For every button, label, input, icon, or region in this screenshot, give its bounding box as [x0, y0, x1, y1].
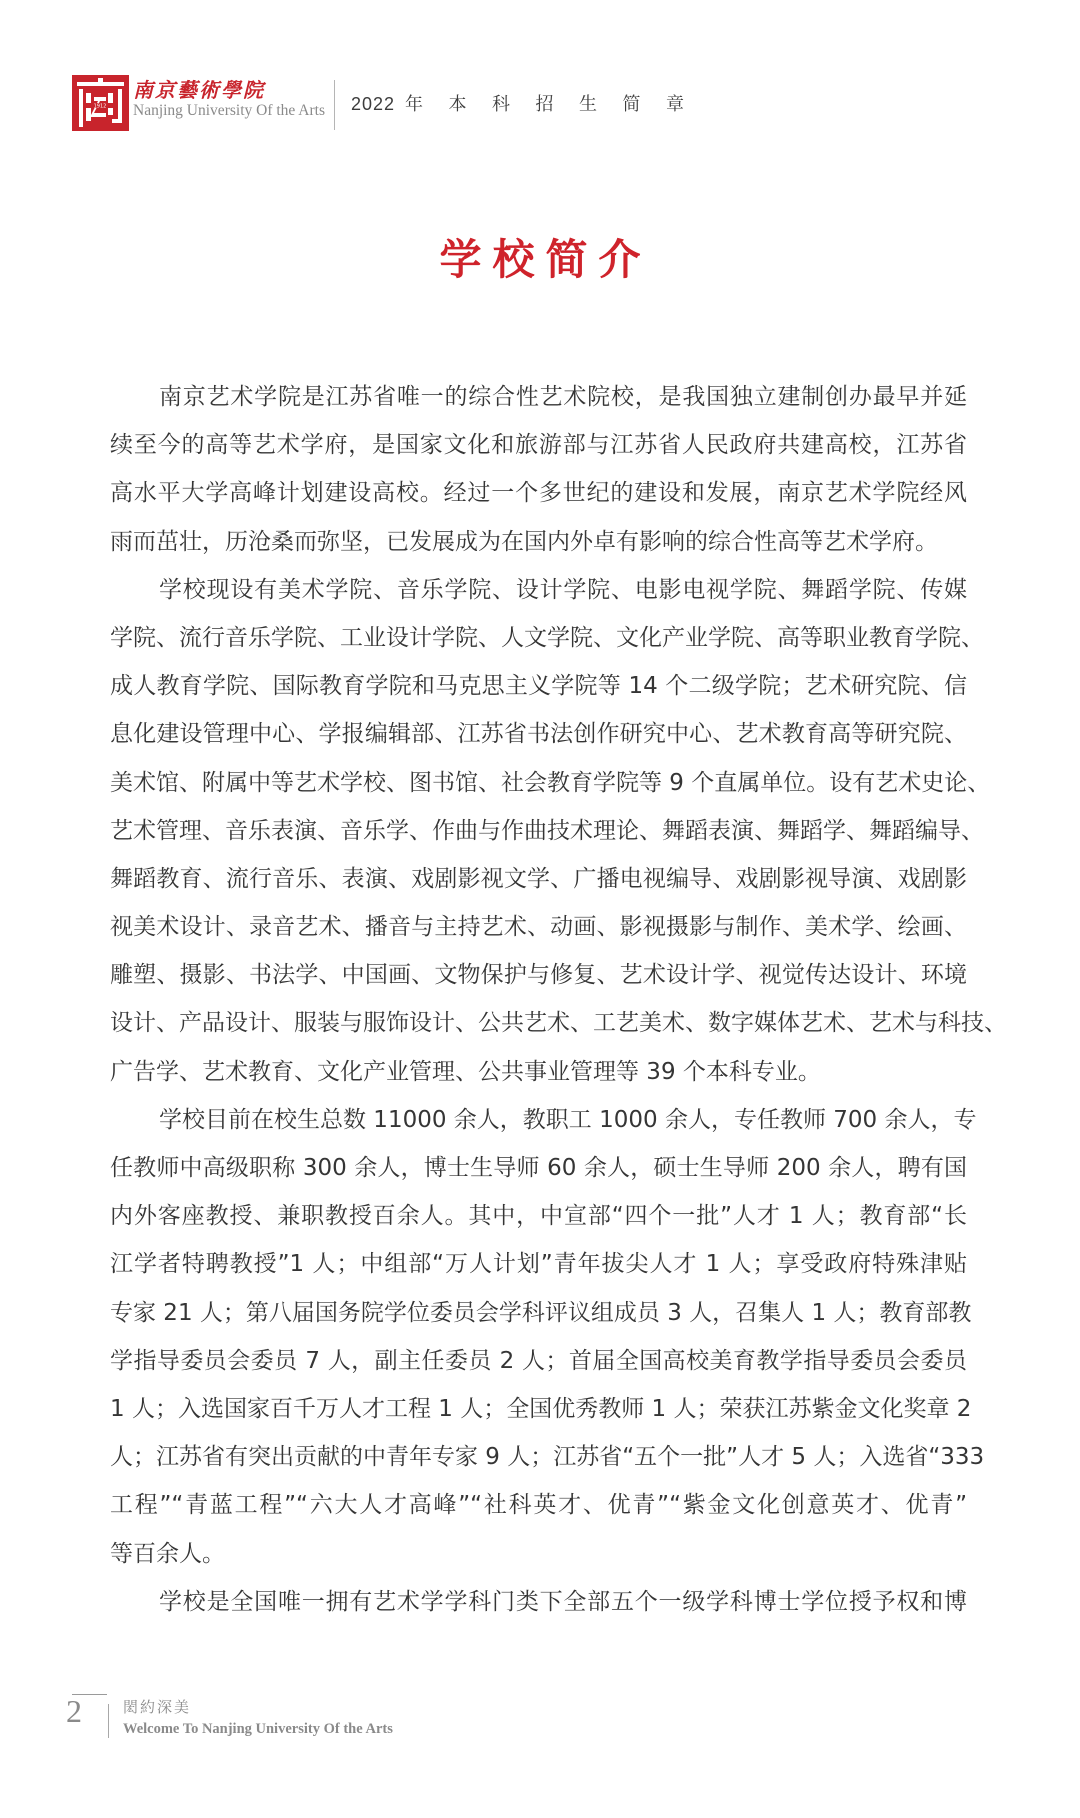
text-line: 任教师中高级职称 300 余人，博士生导师 60 余人，硕士生导师 200 余人… [110, 1144, 967, 1192]
text-line: 工程”“青蓝工程”“六大人才高峰”“社科英才、优青”“紫金文化创意英才、优青” [110, 1481, 967, 1529]
subtitle-char: 章 [664, 93, 686, 115]
text-line: 学校现设有美术学院、音乐学院、设计学院、电影电视学院、舞蹈学院、传媒 [110, 566, 967, 614]
text-line: 雕塑、摄影、书法学、中国画、文物保护与修复、艺术设计学、视觉传达设计、环境 [110, 951, 967, 999]
paragraph-intro: 南京艺术学院是江苏省唯一的综合性艺术院校，是我国独立建制创办最早并延 续至今的高… [110, 373, 967, 566]
text-line: 息化建设管理中心、学报编辑部、江苏省书法创作研究中心、艺术教育高等研究院、 [110, 710, 967, 758]
subtitle-char: 本 [447, 93, 469, 115]
text-line: 舞蹈教育、流行音乐、表演、戏剧影视文学、广播电视编导、戏剧影视导演、戏剧影 [110, 855, 967, 903]
text-line: 高水平大学高峰计划建设高校。经过一个多世纪的建设和发展，南京艺术学院经风 [110, 469, 967, 517]
footer-divider [108, 1704, 109, 1738]
paragraph-disciplines: 学校是全国唯一拥有艺术学学科门类下全部五个一级学科博士学位授予权和博 [110, 1578, 967, 1626]
text-line: 学校是全国唯一拥有艺术学学科门类下全部五个一级学科博士学位授予权和博 [110, 1578, 967, 1626]
subtitle-char: 科 [490, 93, 512, 115]
paragraph-schools-and-majors: 学校现设有美术学院、音乐学院、设计学院、电影电视学院、舞蹈学院、传媒 学院、流行… [110, 566, 967, 1096]
subtitle-char: 生 [577, 93, 599, 115]
text-line: 学校目前在校生总数 11000 余人，教职工 1000 余人，专任教师 700 … [110, 1096, 967, 1144]
text-line: 学院、流行音乐学院、工业设计学院、人文学院、文化产业学院、高等职业教育学院、 [110, 614, 967, 662]
text-line: 美术馆、附属中等艺术学校、图书馆、社会教育学院等 9 个直属单位。设有艺术史论、 [110, 759, 967, 807]
text-line: 1 人；入选国家百千万人才工程 1 人；全国优秀教师 1 人；荣获江苏紫金文化奖… [110, 1385, 967, 1433]
university-name-chinese: 南京藝術學院 [133, 78, 265, 102]
text-line: 视美术设计、录音艺术、播音与主持艺术、动画、影视摄影与制作、美术学、绘画、 [110, 903, 967, 951]
text-line: 内外客座教授、兼职教授百余人。其中，中宣部“四个一批”人才 1 人；教育部“长 [110, 1192, 967, 1240]
text-line: 江学者特聘教授”1 人；中组部“万人计划”青年拔尖人才 1 人；享受政府特殊津贴 [110, 1240, 967, 1288]
university-name-english: Nanjing University Of the Arts [133, 102, 325, 120]
page-header: 1912 南京藝術學院 Nanjing University Of the Ar… [0, 0, 1080, 150]
subtitle-char: 年 [403, 93, 425, 115]
text-line: 专家 21 人；第八届国务院学位委员会学科评议组成员 3 人，召集人 1 人；教… [110, 1289, 967, 1337]
text-line: 艺术管理、音乐表演、音乐学、作曲与作曲技术理论、舞蹈表演、舞蹈学、舞蹈编导、 [110, 807, 967, 855]
subtitle-char: 简 [621, 93, 643, 115]
subtitle-char: 招 [534, 93, 556, 115]
article-body: 南京艺术学院是江苏省唯一的综合性艺术院校，是我国独立建制创办最早并延 续至今的高… [110, 373, 967, 1626]
text-line: 广告学、艺术教育、文化产业管理、公共事业管理等 39 个本科专业。 [110, 1048, 967, 1096]
university-logo-icon: 1912 [72, 75, 129, 131]
header-divider [334, 80, 335, 130]
text-line: 续至今的高等艺术学府，是国家文化和旅游部与江苏省人民政府共建高校，江苏省 [110, 421, 967, 469]
footer-motto: 閎約深美 [123, 1698, 191, 1716]
text-line: 南京艺术学院是江苏省唯一的综合性艺术院校，是我国独立建制创办最早并延 [110, 373, 967, 421]
page-number: 2 [66, 1694, 82, 1728]
footer-welcome-text: Welcome To Nanjing University Of the Art… [123, 1720, 393, 1738]
text-line: 学指导委员会委员 7 人，副主任委员 2 人；首届全国高校美育教学指导委员会委员 [110, 1337, 967, 1385]
subtitle-year: 2022 [351, 94, 395, 114]
page-title: 学校简介 [0, 232, 1080, 288]
text-line: 成人教育学院、国际教育学院和马克思主义学院等 14 个二级学院；艺术研究院、信 [110, 662, 967, 710]
text-line: 雨而茁壮，历沧桑而弥坚，已发展成为在国内外卓有影响的综合性高等艺术学府。 [110, 518, 967, 566]
brochure-subtitle: 2022年本科招生简章 [351, 93, 686, 115]
svg-text:1912: 1912 [94, 104, 107, 110]
paragraph-faculty: 学校目前在校生总数 11000 余人，教职工 1000 余人，专任教师 700 … [110, 1096, 967, 1578]
text-line: 设计、产品设计、服装与服饰设计、公共艺术、工艺美术、数字媒体艺术、艺术与科技、 [110, 999, 967, 1047]
text-line: 人；江苏省有突出贡献的中青年专家 9 人；江苏省“五个一批”人才 5 人；入选省… [110, 1433, 967, 1481]
text-line: 等百余人。 [110, 1530, 967, 1578]
